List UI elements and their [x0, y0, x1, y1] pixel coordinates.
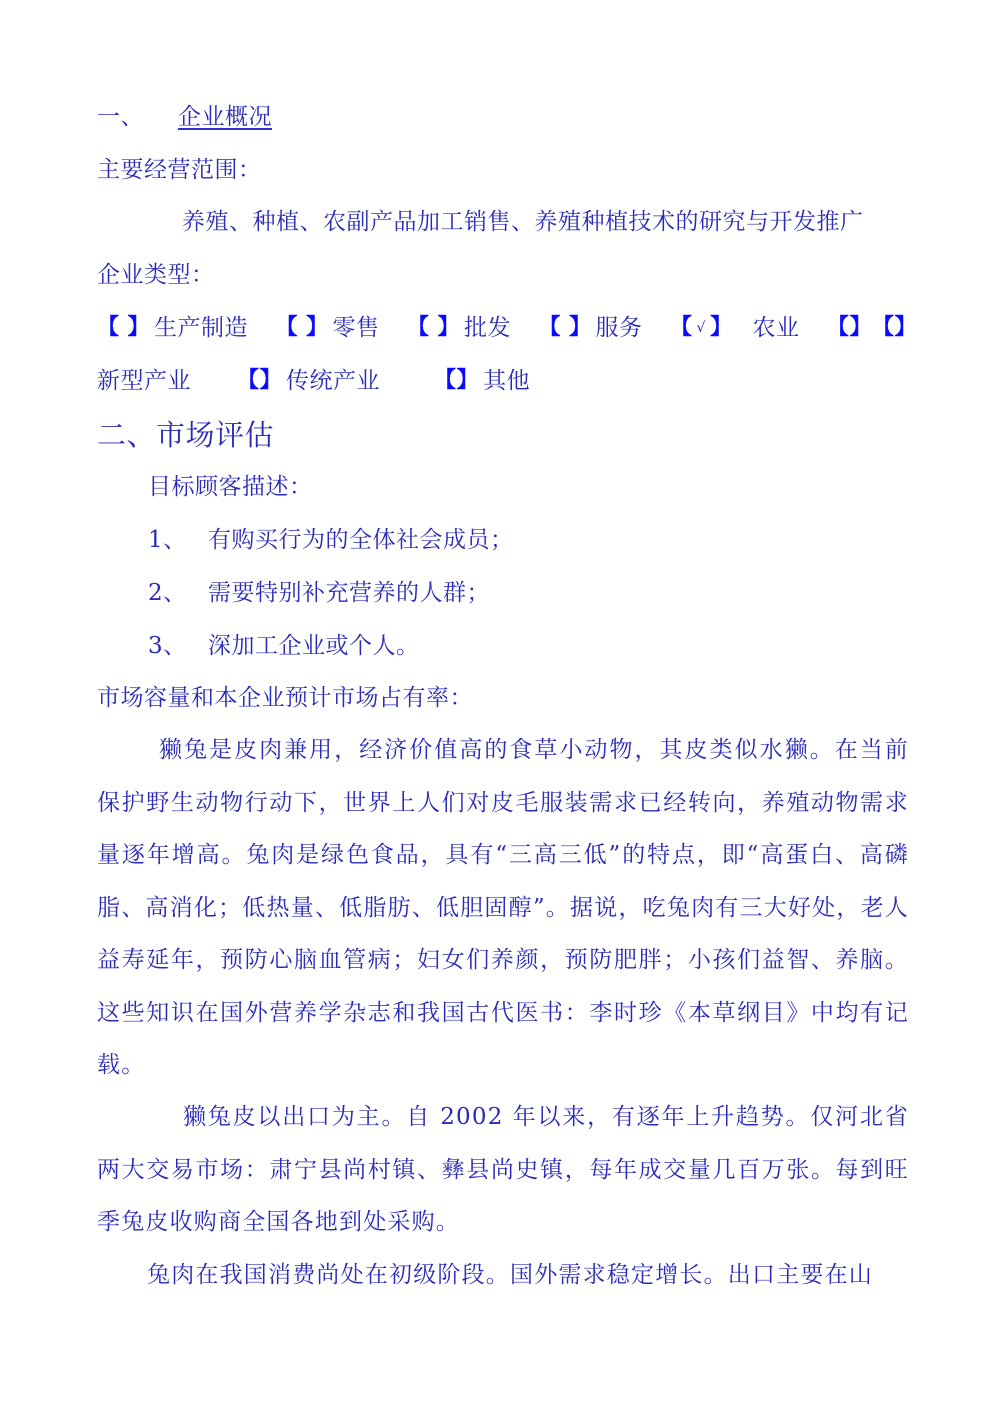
option-agriculture[interactable]: 【√】 农业	[670, 313, 799, 343]
checkbox-bracket-close: 】	[849, 313, 872, 343]
option-label: 批发	[464, 313, 511, 343]
option-label: 农业	[752, 313, 799, 343]
list-item: 1、有购买行为的全体社会成员；	[148, 525, 514, 555]
enterprise-type-options-row1: 【】 生产制造 【】 零售 【】 批发 【】 服务 【√】 农业 【】【】	[97, 313, 917, 343]
checkbox-bracket-close: 】	[894, 313, 917, 343]
list-item: 3、深加工企业或个人。	[148, 631, 420, 661]
option-label: 新型产业	[97, 366, 191, 396]
checkbox-bracket-close: 】	[457, 366, 480, 396]
business-scope-text: 养殖、种植、农副产品加工销售、养殖种植技术的研究与开发推广	[182, 207, 864, 237]
option-label: 服务	[596, 313, 643, 343]
option-label: 零售	[333, 313, 380, 343]
section-2-heading: 二、市场评估	[97, 418, 274, 452]
paragraph-rabbit-fur-export: 獭兔皮以出口为主。自 2002 年以来，有逐年上升趋势。仅河北省两大交易市场：肃…	[97, 1091, 909, 1249]
list-text: 深加工企业或个人。	[208, 633, 420, 659]
check-mark-icon: √	[697, 313, 706, 343]
checkbox-bracket-open: 【	[872, 313, 895, 343]
list-number: 1、	[148, 525, 208, 555]
checkbox-bracket-close: 】	[260, 366, 283, 396]
checkbox-bracket-open: 【	[827, 313, 850, 343]
option-retail[interactable]: 【】 零售	[276, 313, 380, 343]
option-label: 其他	[483, 366, 530, 396]
option-manufacturing[interactable]: 【】 生产制造	[97, 313, 248, 343]
checkbox-bracket-open: 【	[276, 313, 299, 343]
enterprise-type-label: 企业类型：	[97, 260, 215, 290]
option-service[interactable]: 【】 服务	[539, 313, 643, 343]
checkbox-bracket-open: 【	[434, 366, 457, 396]
checkbox-bracket-close: 】	[438, 313, 461, 343]
document-page: 一、企业概况 主要经营范围： 养殖、种植、农副产品加工销售、养殖种植技术的研究与…	[0, 0, 1007, 1425]
checkbox-bracket-close: 】	[128, 313, 151, 343]
option-new-industry[interactable]: 新型产业	[97, 366, 191, 396]
business-scope-label: 主要经营范围：	[97, 155, 262, 185]
option-traditional-industry[interactable]: 【】 传统产业	[237, 366, 380, 396]
paragraph-rabbit-meat-consumption: 兔肉在我国消费尚处在初级阶段。国外需求稳定增长。出口主要在山	[97, 1249, 909, 1302]
checkbox-bracket-open: 【	[237, 366, 260, 396]
list-text: 需要特别补充营养的人群；	[208, 580, 490, 606]
section-1-title: 企业概况	[178, 104, 272, 130]
checkbox-bracket-open: 【	[539, 313, 562, 343]
checkbox-bracket-close: 】	[306, 313, 329, 343]
paragraph-rex-rabbit-intro: 獭兔是皮肉兼用，经济价值高的食草小动物，其皮类似水獭。在当前保护野生动物行动下，…	[97, 724, 909, 1092]
checkbox-bracket-open: 【	[97, 313, 120, 343]
list-number: 2、	[148, 578, 208, 608]
option-empty-brackets[interactable]: 【】【】	[827, 313, 917, 343]
checkbox-bracket-open: 【	[670, 313, 693, 343]
checkbox-bracket-close: 】	[569, 313, 592, 343]
section-1-number: 一、	[97, 104, 144, 130]
option-wholesale[interactable]: 【】 批发	[407, 313, 511, 343]
list-item: 2、需要特别补充营养的人群；	[148, 578, 490, 608]
checkbox-bracket-open: 【	[407, 313, 430, 343]
option-label: 生产制造	[154, 313, 248, 343]
option-label: 传统产业	[286, 366, 380, 396]
list-text: 有购买行为的全体社会成员；	[208, 527, 514, 553]
section-1-heading: 一、企业概况	[97, 102, 272, 132]
target-customer-label: 目标顾客描述：	[148, 472, 313, 502]
market-capacity-label: 市场容量和本企业预计市场占有率：	[97, 683, 473, 713]
checkbox-bracket-close: 】	[710, 313, 733, 343]
list-number: 3、	[148, 631, 208, 661]
option-other[interactable]: 【】 其他	[434, 366, 530, 396]
enterprise-type-options-row2: 新型产业 【】 传统产业 【】 其他	[97, 366, 530, 396]
